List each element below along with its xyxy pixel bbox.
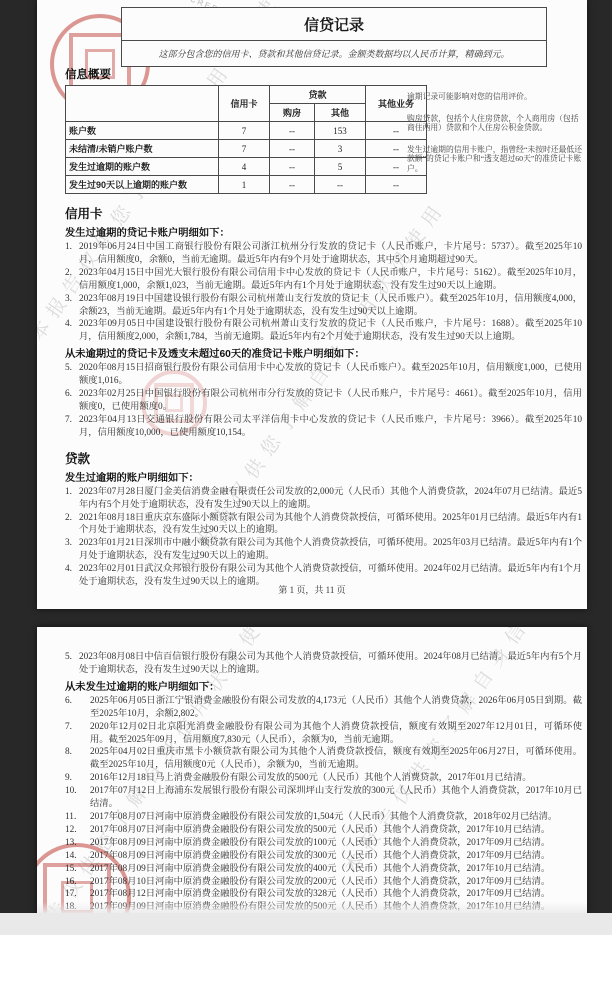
cell: 1 (219, 176, 270, 194)
row-label: 发生过逾期的账户数 (66, 158, 219, 176)
item-number: 15. (65, 863, 90, 876)
page-number: 第 1 页，共 11 页 (37, 583, 587, 596)
item-text: 2017年08月09日河南中原消费金融股份有限公司发放的100元（人民币）其他个… (90, 837, 582, 850)
item-text: 2023年07月28日厦门金美信消费金融有限责任公司发放的2,000元（人民币）… (79, 486, 582, 512)
cell: -- (270, 122, 315, 140)
item-number: 11. (65, 811, 90, 824)
note: 发生过逾期的信用卡账户，指曾经“未按时还最低还款额”的贷记卡账户和“透支超过60… (407, 145, 585, 174)
cell: 5 (315, 158, 366, 176)
loan-overdue-heading: 发生过逾期的账户明细如下： (65, 469, 582, 484)
summary-heading: 信息概要 (65, 66, 111, 82)
cell: 153 (315, 122, 366, 140)
list-item: 2.2023年04月15日中国光大银行股份有限公司信用卡中心发放的贷记卡（人民币… (65, 267, 582, 293)
item-number: 8. (65, 746, 90, 772)
item-text: 2020年12月02日北京阳光消费金融股份有限公司为其他个人消费贷款授信，额度有… (90, 721, 582, 747)
list-item: 4.2023年09月05日中国建设银行股份有限公司杭州萧山支行发放的贷记卡（人民… (65, 318, 582, 344)
page2-body: 5.2023年08月08日中信百信银行股份有限公司为其他个人消费贷款授信，可循环… (65, 651, 582, 914)
item-number: 1. (65, 486, 79, 512)
item-text: 2017年08月09日河南中原消费金融股份有限公司发放的300元（人民币）其他个… (90, 850, 582, 863)
item-text: 2021年08月18日重庆京东盛际小额贷款有限公司为其他个人消费贷款授信，可循环… (79, 512, 582, 538)
col-loan-other: 其他 (315, 104, 366, 122)
list-item: 10.2017年07月12日上海浦东发展银行股份有限公司深圳坪山支行发放的300… (65, 785, 582, 811)
item-text: 2023年08月08日中信百信银行股份有限公司为其他个人消费贷款授信，可循环使用… (79, 651, 582, 677)
item-number: 5. (65, 651, 79, 677)
table-row: 发生过90天以上逾期的账户数 1 -- -- -- (66, 176, 427, 194)
list-item: 3.2023年08月19日中国建设银行股份有限公司杭州萧山支行发放的贷记卡（人民… (65, 293, 582, 319)
item-number: 4. (65, 318, 79, 344)
list-item: 7.2020年12月02日北京阳光消费金融股份有限公司为其他个人消费贷款授信，额… (65, 721, 582, 747)
item-number: 7. (65, 414, 79, 440)
item-number: 10. (65, 785, 90, 811)
list-item: 5.2023年08月08日中信百信银行股份有限公司为其他个人消费贷款授信，可循环… (65, 651, 582, 677)
col-loan: 贷款 (270, 86, 366, 104)
item-text: 2023年09月05日中国建设银行股份有限公司杭州萧山支行发放的贷记卡（人民币账… (79, 318, 582, 344)
item-text: 2017年07月12日上海浦东发展银行股份有限公司深圳坪山支行发放的300元（人… (90, 785, 582, 811)
loan-heading: 贷款 (65, 449, 582, 467)
item-text: 2023年08月19日中国建设银行股份有限公司杭州萧山支行发放的贷记卡（人民币账… (79, 293, 582, 319)
col-loan-house: 购房 (270, 104, 315, 122)
item-number: 7. (65, 721, 90, 747)
item-text: 2023年04月15日中国光大银行股份有限公司信用卡中心发放的贷记卡（人民币账户… (79, 267, 582, 293)
item-number: 13. (65, 837, 90, 850)
page1-body: 信用卡 发生过逾期的贷记卡账户明细如下： 1.2019年06月24日中国工商银行… (65, 204, 582, 589)
item-text: 2017年08月07日河南中原消费金融股份有限公司发放的500元（人民币）其他个… (90, 824, 582, 837)
list-item: 11.2017年08月07日河南中原消费金融股份有限公司发放的1,504元（人民… (65, 811, 582, 824)
system-gray-band (0, 913, 612, 935)
item-text: 2023年04月13日交通银行股份有限公司太平洋信用卡中心发放的贷记卡（人民币账… (79, 414, 582, 440)
item-number: 3. (65, 537, 79, 563)
note: 逾期记录可能影响对您的信用评价。 (407, 92, 585, 102)
item-number: 3. (65, 293, 79, 319)
item-text: 2019年06月24日中国工商银行股份有限公司浙江杭州分行发放的贷记卡（人民币账… (79, 241, 582, 267)
list-item: 6.2023年02月25日中国银行股份有限公司杭州市分行发放的贷记卡（人民币账户… (65, 388, 582, 414)
row-label: 发生过90天以上逾期的账户数 (66, 176, 219, 194)
android-navigation-bar (0, 935, 612, 1003)
cell: 4 (219, 158, 270, 176)
page-title: 信贷记录 (122, 8, 546, 41)
cell: 7 (219, 122, 270, 140)
list-item: 13.2017年08月09日河南中原消费金融股份有限公司发放的100元（人民币）… (65, 837, 582, 850)
item-text: 2017年08月12日河南中原消费金融股份有限公司发放的328元（人民币）其他个… (90, 888, 582, 901)
list-item: 9.2016年12月18日马上消费金融股份有限公司发放的500元（人民币）其他个… (65, 772, 582, 785)
list-item: 14.2017年08月09日河南中原消费金融股份有限公司发放的300元（人民币）… (65, 850, 582, 863)
report-page-2: 本报告仅供您了解自身信用状况使用 本报告仅供您了解自身信用状况使用 5.2023… (37, 627, 587, 938)
list-item: 1.2023年07月28日厦门金美信消费金融有限责任公司发放的2,000元（人民… (65, 486, 582, 512)
item-number: 6. (65, 388, 79, 414)
cc-overdue-heading: 发生过逾期的贷记卡账户明细如下： (65, 224, 582, 239)
title-box: 信贷记录 这部分包含您的信用卡、贷款和其他信贷记录。金额类数据均以人民币计算，精… (121, 7, 547, 67)
list-item: 5.2020年08月15日招商银行股份有限公司信用卡中心发放的贷记卡（人民币账户… (65, 362, 582, 388)
list-item: 6.2025年06月05日浙江宁银消费金融股份有限公司发放的4,173元（人民币… (65, 695, 582, 721)
list-item: 2.2021年08月18日重庆京东盛际小额贷款有限公司为其他个人消费贷款授信，可… (65, 512, 582, 538)
item-text: 2025年06月05日浙江宁银消费金融股份有限公司发放的4,173元（人民币）其… (90, 695, 582, 721)
item-text: 2017年08月10日河南中原消费金融股份有限公司发放的200元（人民币）其他个… (90, 876, 582, 889)
cc-clean-heading: 从未逾期过的贷记卡及透支未超过60天的准贷记卡账户明细如下： (65, 345, 582, 360)
margin-notes: 逾期记录可能影响对您的信用评价。 购房贷款，包括个人住房贷款，个人商用房（包括商… (407, 92, 585, 186)
item-number: 16. (65, 876, 90, 889)
cell: -- (270, 176, 315, 194)
item-text: 2020年08月15日招商银行股份有限公司信用卡中心发放的贷记卡（人民币账户）。… (79, 362, 582, 388)
item-number: 14. (65, 850, 90, 863)
item-text: 2016年12月18日马上消费金融股份有限公司发放的500元（人民币）其他个人消… (90, 772, 582, 785)
list-item: 3.2023年01月21日深圳市中融小额贷款有限公司为其他个人消费贷款授信，可循… (65, 537, 582, 563)
page-subtitle: 这部分包含您的信用卡、贷款和其他信贷记录。金额类数据均以人民币计算，精确到元。 (122, 41, 546, 66)
list-item: 1.2019年06月24日中国工商银行股份有限公司浙江杭州分行发放的贷记卡（人民… (65, 241, 582, 267)
item-number: 5. (65, 362, 79, 388)
table-row: 发生过逾期的账户数 4 -- 5 -- (66, 158, 427, 176)
list-item: 15.2017年08月09日河南中原消费金融股份有限公司发放的400元（人民币）… (65, 863, 582, 876)
item-text: 2023年01月21日深圳市中融小额贷款有限公司为其他个人消费贷款授信，可循环使… (79, 537, 582, 563)
item-number: 1. (65, 241, 79, 267)
loan-clean-heading: 从未发生过逾期的账户明细如下： (65, 678, 582, 693)
cell: 7 (219, 140, 270, 158)
table-row: 账户数 7 -- 153 -- (66, 122, 427, 140)
list-item: 8.2025年04月02日重庆市黑卡小额贷款有限公司为其他个人消费贷款授信，额度… (65, 746, 582, 772)
cell: -- (270, 158, 315, 176)
item-number: 2. (65, 512, 79, 538)
table-corner-cell (66, 86, 219, 122)
item-text: 2017年08月09日河南中原消费金融股份有限公司发放的400元（人民币）其他个… (90, 863, 582, 876)
item-text: 2023年02月25日中国银行股份有限公司杭州市分行发放的贷记卡（人民币账户，卡… (79, 388, 582, 414)
credit-card-heading: 信用卡 (65, 204, 582, 222)
document-viewer: 本报告仅供您了解自身信用状况使用 本报告仅供您了解自身信用状况使用 CREDIT… (0, 0, 612, 1003)
summary-table: 信用卡 贷款 其他业务 购房 其他 账户数 7 -- 153 -- 未结清/未销… (65, 85, 427, 194)
item-number: 6. (65, 695, 90, 721)
row-label: 账户数 (66, 122, 219, 140)
note: 购房贷款，包括个人住房贷款，个人商用房（包括商住两用）贷款和个人住房公积金贷款。 (407, 114, 585, 133)
list-item: 12.2017年08月07日河南中原消费金融股份有限公司发放的500元（人民币）… (65, 824, 582, 837)
cell: -- (270, 140, 315, 158)
item-number: 17. (65, 888, 90, 901)
row-label: 未结清/未销户账户数 (66, 140, 219, 158)
item-number: 12. (65, 824, 90, 837)
item-number: 2. (65, 267, 79, 293)
list-item: 7.2023年04月13日交通银行股份有限公司太平洋信用卡中心发放的贷记卡（人民… (65, 414, 582, 440)
cell: 3 (315, 140, 366, 158)
col-credit-card: 信用卡 (219, 86, 270, 122)
item-text: 2017年08月07日河南中原消费金融股份有限公司发放的1,504元（人民币）其… (90, 811, 582, 824)
table-row: 未结清/未销户账户数 7 -- 3 -- (66, 140, 427, 158)
item-number: 9. (65, 772, 90, 785)
item-text: 2025年04月02日重庆市黑卡小额贷款有限公司为其他个人消费贷款授信，额度有效… (90, 746, 582, 772)
list-item: 16.2017年08月10日河南中原消费金融股份有限公司发放的200元（人民币）… (65, 876, 582, 889)
cell: -- (315, 176, 366, 194)
list-item: 17.2017年08月12日河南中原消费金融股份有限公司发放的328元（人民币）… (65, 888, 582, 901)
report-page-1: 本报告仅供您了解自身信用状况使用 本报告仅供您了解自身信用状况使用 CREDIT… (37, 0, 587, 609)
